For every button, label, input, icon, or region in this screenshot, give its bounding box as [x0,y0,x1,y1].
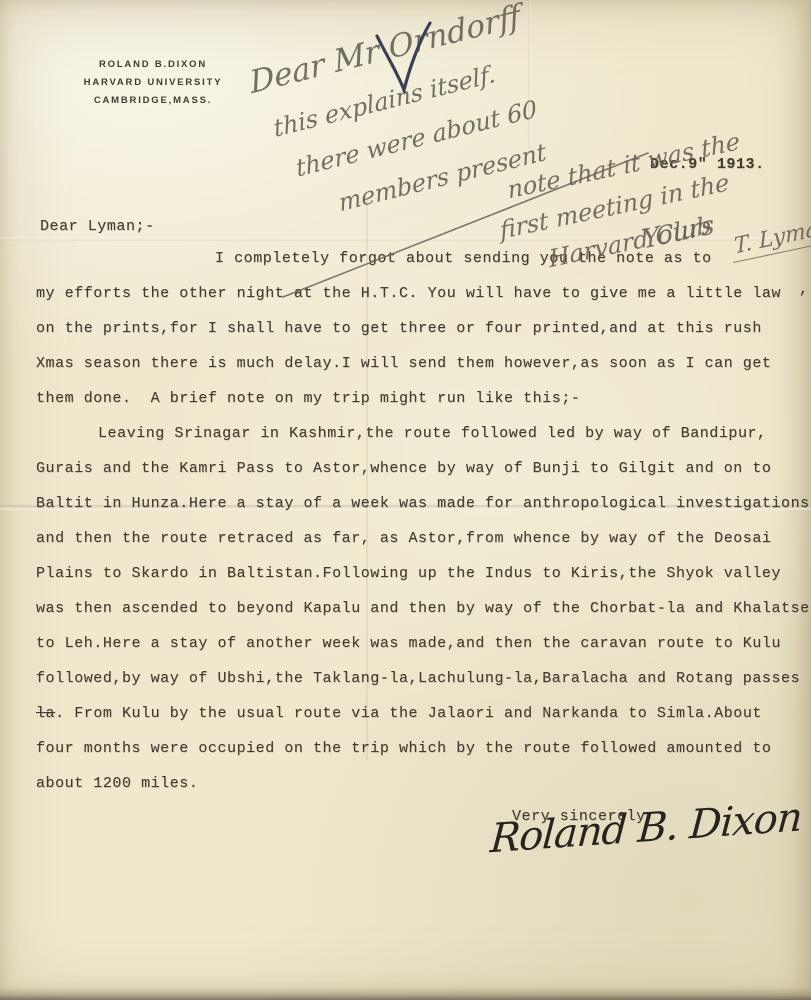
scan-bottom-edge [0,988,811,1000]
typed-line: to Leh.Here a stay of another week was m… [36,635,781,652]
letterhead-name: ROLAND B.DIXON [68,56,238,74]
typed-line: followed,by way of Ubshi,the Taklang-la,… [36,670,800,687]
typed-line: la. From Kulu by the usual route via the… [36,705,762,722]
typed-line: and then the route retraced as far, as A… [36,530,771,547]
typed-line: Gurais and the Kamri Pass to Astor,whenc… [36,460,771,477]
letter-page: ROLAND B.DIXON HARVARD UNIVERSITY CAMBRI… [0,0,811,1000]
typed-line: four months were occupied on the trip wh… [36,740,771,757]
letterhead-institution: HARVARD UNIVERSITY [68,74,238,92]
struck-out-text: la [36,705,55,722]
typed-line: them done. A brief note on my trip might… [36,390,580,407]
typed-line: Baltit in Hunza.Here a stay of a week wa… [36,495,810,512]
typed-line: on the prints,for I shall have to get th… [36,320,762,337]
salutation: Dear Lyman;- [40,218,155,235]
typed-line: my efforts the other night at the H.T.C.… [36,285,781,302]
letterhead-location: CAMBRIDGE,MASS. [68,92,238,110]
stray-comma-mark: , [799,281,808,298]
sender-signature: Roland B. Dixon [489,794,803,862]
letterhead: ROLAND B.DIXON HARVARD UNIVERSITY CAMBRI… [68,56,238,110]
typed-line: Xmas season there is much delay.I will s… [36,355,771,372]
typed-line: about 1200 miles. [36,775,198,792]
typed-line: Plains to Skardo in Baltistan.Following … [36,565,781,582]
typed-line: was then ascended to beyond Kapalu and t… [36,600,810,617]
typed-line: Leaving Srinagar in Kashmir,the route fo… [98,425,767,442]
